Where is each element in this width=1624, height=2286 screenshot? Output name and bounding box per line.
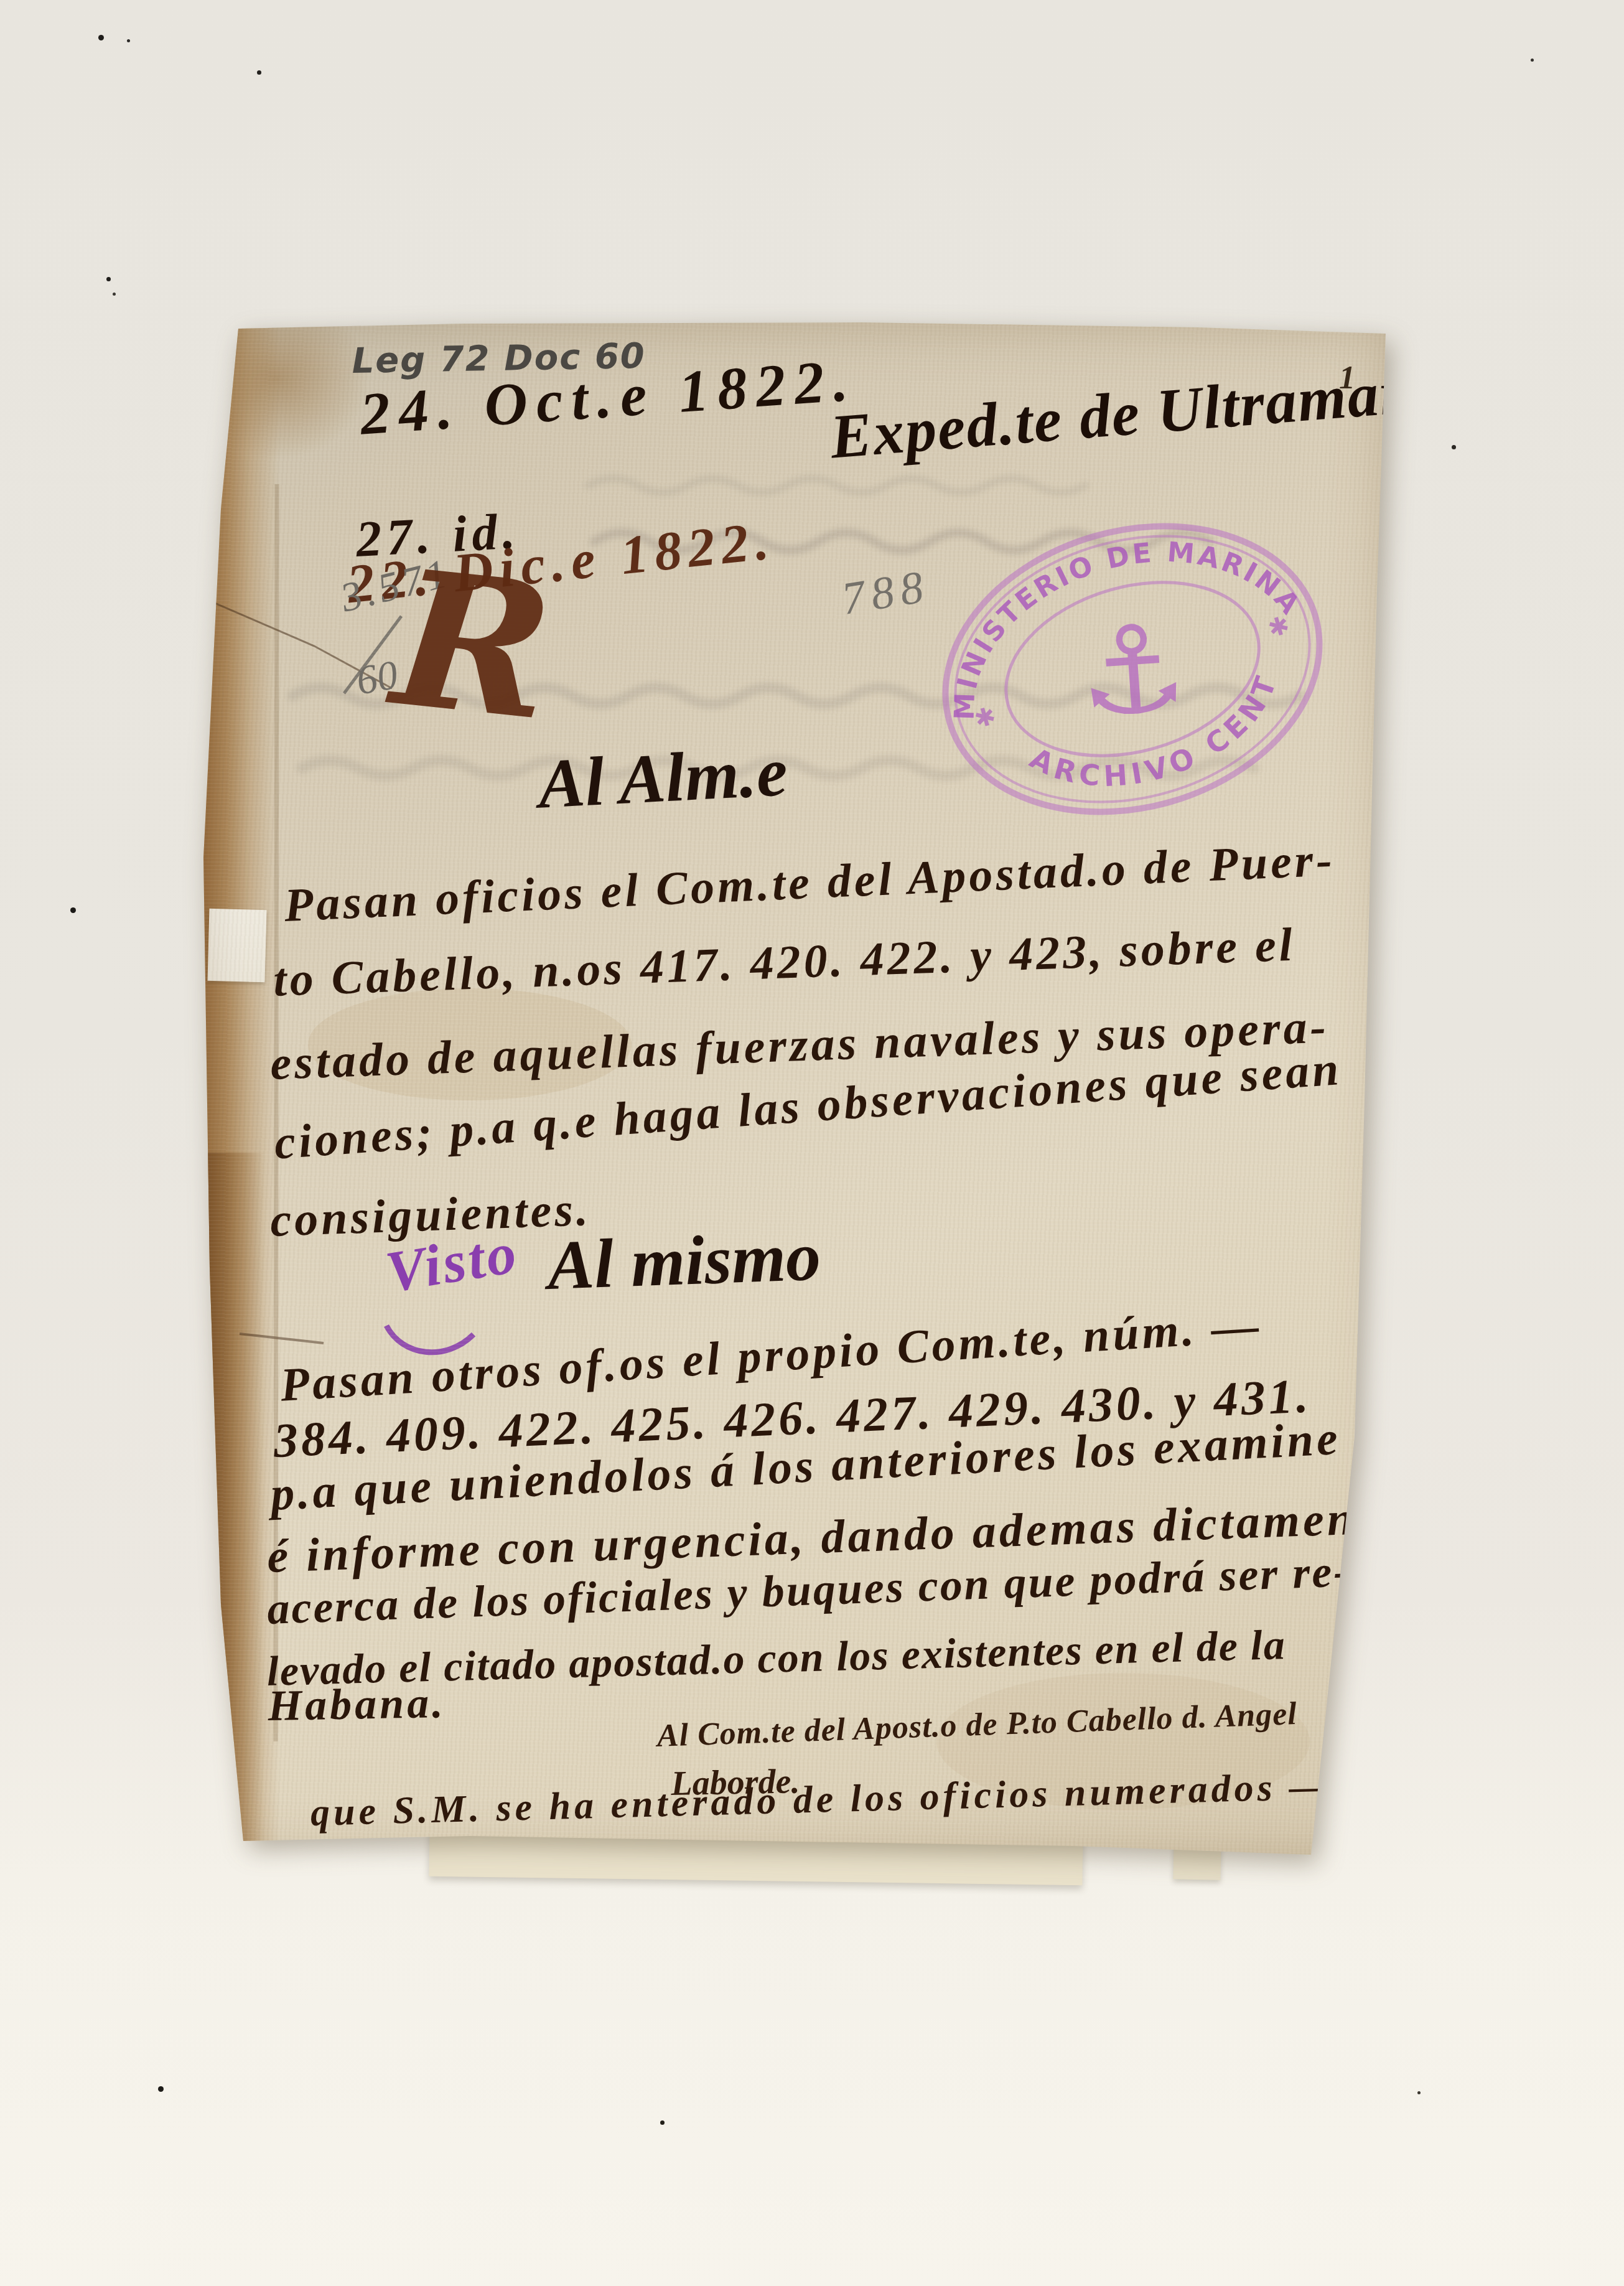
repair-tape-patch: [207, 909, 266, 982]
manuscript-sheet: Leg 72 Doc 60 1 24. Oct.e 1822. 27. id. …: [202, 322, 1388, 1860]
anchor-icon: ⚓: [1073, 596, 1192, 745]
rubric-flourish: R: [385, 528, 562, 762]
dust-specks: [0, 0, 3, 3]
manuscript-sheet-wrapper: Leg 72 Doc 60 1 24. Oct.e 1822. 27. id. …: [202, 322, 1388, 1860]
scanned-archive-page: { "document": { "page_number": "1", "arc…: [0, 0, 1624, 2286]
entry2-line: Habana.: [268, 1679, 446, 1731]
entry1-heading: Al Alm.e: [536, 732, 790, 825]
entry2-heading: Al mismo: [546, 1217, 822, 1306]
stamp-star-left-icon: ✱: [971, 701, 999, 734]
